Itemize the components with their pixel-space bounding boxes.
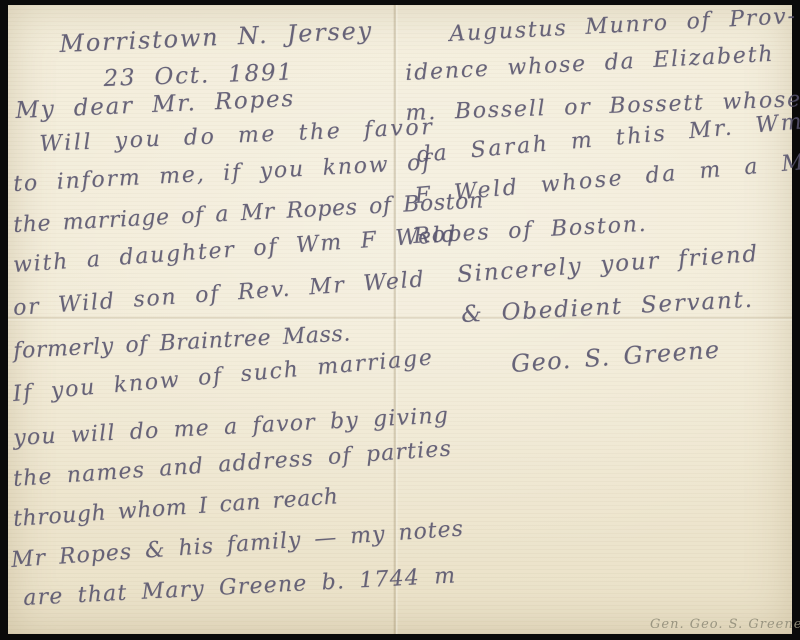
pencil-annotation: Gen. Geo. S. Greene [650, 617, 800, 632]
scanned-letter-photo: { "document_kind": "Handwritten autograp… [0, 0, 800, 640]
